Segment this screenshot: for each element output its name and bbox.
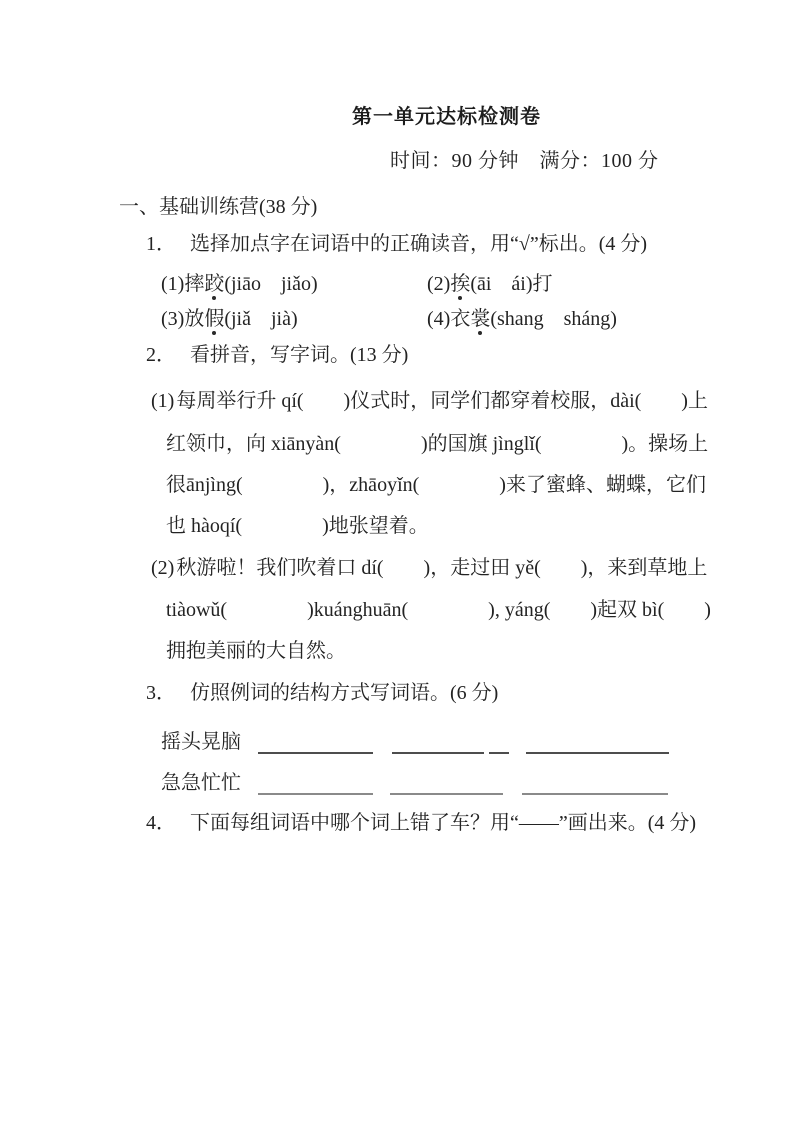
q1-option-3: (3)放假(jiǎ jià) — [161, 305, 298, 333]
answer-blank-line — [392, 728, 484, 754]
q1-option-3-pre: (3)放 — [161, 308, 204, 330]
answer-blank-line — [258, 769, 373, 795]
q3-row-2: 急急忙忙 — [161, 769, 668, 797]
question-1-text: 选择加点字在词语中的正确读音，用“√”标出。(4 分) — [190, 233, 647, 255]
q1-option-1-dotted-char: 跤 — [204, 273, 224, 295]
q1-option-1-pinyin: (jiāo jiǎo) — [224, 273, 317, 295]
q1-option-4: (4)衣裳(shang sháng) — [427, 305, 617, 333]
question-2-stem: 2．看拼音，写字词。(13 分) — [146, 341, 408, 369]
question-4-number: 4． — [146, 812, 176, 834]
q2-part2-line-2: tiàowǔ( )kuánghuān( ), yáng( )起双 bì( ) — [166, 596, 711, 624]
q2-part2-line-3: 拥抱美丽的大自然。 — [166, 637, 346, 665]
question-1-stem: 1．选择加点字在词语中的正确读音，用“√”标出。(4 分) — [146, 230, 647, 258]
q1-option-4-pre: (4)衣 — [427, 308, 470, 330]
q3-example-word-2: 急急忙忙 — [161, 772, 241, 794]
q1-option-3-pinyin: (jiǎ jià) — [224, 308, 297, 330]
answer-blank-line — [390, 769, 503, 795]
q2-part2-line-1: (2)秋游啦！我们吹着口 dí( )，走过田 yě( )，来到草地上 — [151, 554, 707, 582]
question-3-stem: 3．仿照例词的结构方式写词语。(6 分) — [146, 679, 498, 707]
q2-part1-line-2: 红领巾，向 xiānyàn( )的国旗 jìnglǐ( )。操场上 — [166, 430, 708, 458]
q1-option-4-pinyin: (shang sháng) — [490, 308, 617, 330]
q2-part1-line-4: 也 hàoqí( )地张望着。 — [166, 512, 429, 540]
q2-part2-label: (2) — [151, 557, 174, 579]
question-2-text: 看拼音，写字词。(13 分) — [190, 344, 408, 366]
answer-blank-line-short — [489, 728, 509, 754]
q1-option-1: (1)摔跤(jiāo jiǎo) — [161, 270, 318, 298]
q3-example-word-1: 摇头晃脑 — [161, 731, 241, 753]
q1-option-2-dotted-char: 挨 — [450, 273, 470, 295]
question-3-text: 仿照例词的结构方式写词语。(6 分) — [190, 682, 498, 704]
q2-part1-label: (1) — [151, 390, 174, 412]
page-title: 第一单元达标检测卷 — [352, 103, 541, 131]
q2-part1-line-1: (1)每周举行升 qí( )仪式时，同学们都穿着校服，dài( )上 — [151, 387, 708, 415]
q1-option-4-dotted-char: 裳 — [470, 308, 490, 330]
q1-option-2: (2)挨(āi ái)打 — [427, 270, 553, 298]
question-4-stem: 4．下面每组词语中哪个词上错了车？用“——”画出来。(4 分) — [146, 809, 696, 837]
question-1-number: 1． — [146, 233, 176, 255]
q2-part1-line-1-text: 每周举行升 qí( )仪式时，同学们都穿着校服，dài( )上 — [176, 390, 708, 412]
answer-blank-line — [526, 728, 669, 754]
q1-option-2-pre: (2) — [427, 273, 450, 295]
q2-part1-line-3: 很ānjìng( )，zhāoyǐn( )来了蜜蜂、蝴蝶，它们 — [166, 471, 706, 499]
question-4-text: 下面每组词语中哪个词上错了车？用“——”画出来。(4 分) — [190, 812, 696, 834]
q1-option-1-pre: (1)摔 — [161, 273, 204, 295]
question-2-number: 2． — [146, 344, 176, 366]
q2-part2-line-1-text: 秋游啦！我们吹着口 dí( )，走过田 yě( )，来到草地上 — [176, 557, 707, 579]
question-3-number: 3． — [146, 682, 176, 704]
q1-option-3-dotted-char: 假 — [204, 308, 224, 330]
q1-option-2-pinyin: (āi ái)打 — [470, 273, 552, 295]
section-1-heading: 一、基础训练营(38 分) — [119, 193, 317, 221]
q3-row-1: 摇头晃脑 — [161, 728, 669, 756]
test-paper-page: 第一单元达标检测卷 时间：90 分钟 满分：100 分 一、基础训练营(38 分… — [0, 0, 793, 1122]
answer-blank-line — [522, 769, 668, 795]
exam-info: 时间：90 分钟 满分：100 分 — [390, 147, 659, 175]
answer-blank-line — [258, 728, 373, 754]
